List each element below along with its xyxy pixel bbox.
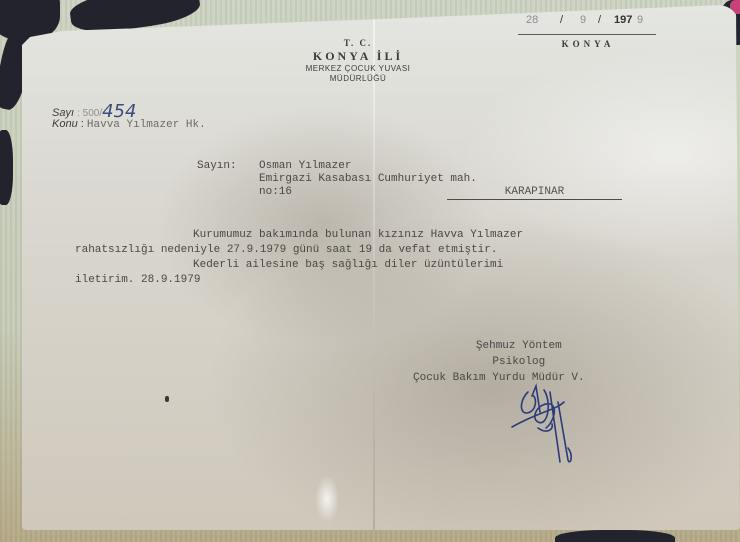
date-box: 28 / 9 / 197 9 KONYA (518, 14, 658, 49)
date-row: 28 / 9 / 197 9 (518, 14, 658, 30)
konu-colon: : (81, 118, 84, 130)
date-sep-2: / (598, 14, 601, 26)
recipient-town: KARAPINAR (447, 186, 622, 200)
body-line-1: Kurumumuz bakımında bulunan kızınız Havv… (75, 228, 523, 243)
ink-spot (165, 396, 169, 402)
letterhead-institution: MERKEZ ÇOCUK YUVASI (258, 64, 458, 74)
recipient-street: Emirgazi Kasabası Cumhuriyet mah. (259, 173, 477, 186)
letterhead: T. C. KONYA İLİ MERKEZ ÇOCUK YUVASI MÜDÜ… (258, 38, 458, 84)
letter-body: Kurumumuz bakımında bulunan kızınız Havv… (75, 228, 523, 288)
signatory-name: Şehmuz Yöntem (413, 338, 585, 354)
konu-row: Konu : Havva Yılmazer Hk. (52, 118, 206, 140)
date-day: 28 (526, 14, 538, 26)
light-glare (315, 475, 339, 523)
date-year-suffix: 9 (637, 14, 643, 26)
body-line-2: rahatsızlığı nedeniyle 27.9.1979 günü sa… (75, 243, 523, 258)
address-label: Sayın: (197, 160, 237, 173)
date-year-prefix: 197 (614, 14, 632, 26)
letterhead-office: MÜDÜRLÜĞÜ (258, 74, 458, 84)
address-lines: Osman Yılmazer Emirgazi Kasabası Cumhuri… (259, 160, 477, 199)
konu-value: Havva Yılmazer Hk. (87, 119, 206, 131)
signatory-title: Psikolog (413, 354, 585, 370)
fabric-pattern (555, 530, 675, 542)
reference-block: Sayı : 500/454 Konu : Havva Yılmazer Hk. (52, 92, 206, 136)
body-line-3: Kederli ailesine baş sağlığı diler üzünt… (75, 258, 523, 273)
date-underline (518, 34, 656, 35)
handwritten-signature-icon (508, 382, 588, 467)
letterhead-tc: T. C. (258, 38, 458, 48)
date-city: KONYA (518, 39, 658, 49)
date-sep-1: / (560, 14, 563, 26)
recipient-name: Osman Yılmazer (259, 160, 477, 173)
signature-block: Şehmuz Yöntem Psikolog Çocuk Bakım Yurdu… (413, 338, 585, 386)
body-line-4: iletirim. 28.9.1979 (75, 273, 523, 288)
letterhead-province: KONYA İLİ (258, 49, 458, 64)
recipient-number: no:16 (259, 186, 477, 199)
date-month: 9 (580, 14, 586, 26)
fabric-pattern (0, 130, 13, 205)
konu-label: Konu (52, 118, 78, 130)
